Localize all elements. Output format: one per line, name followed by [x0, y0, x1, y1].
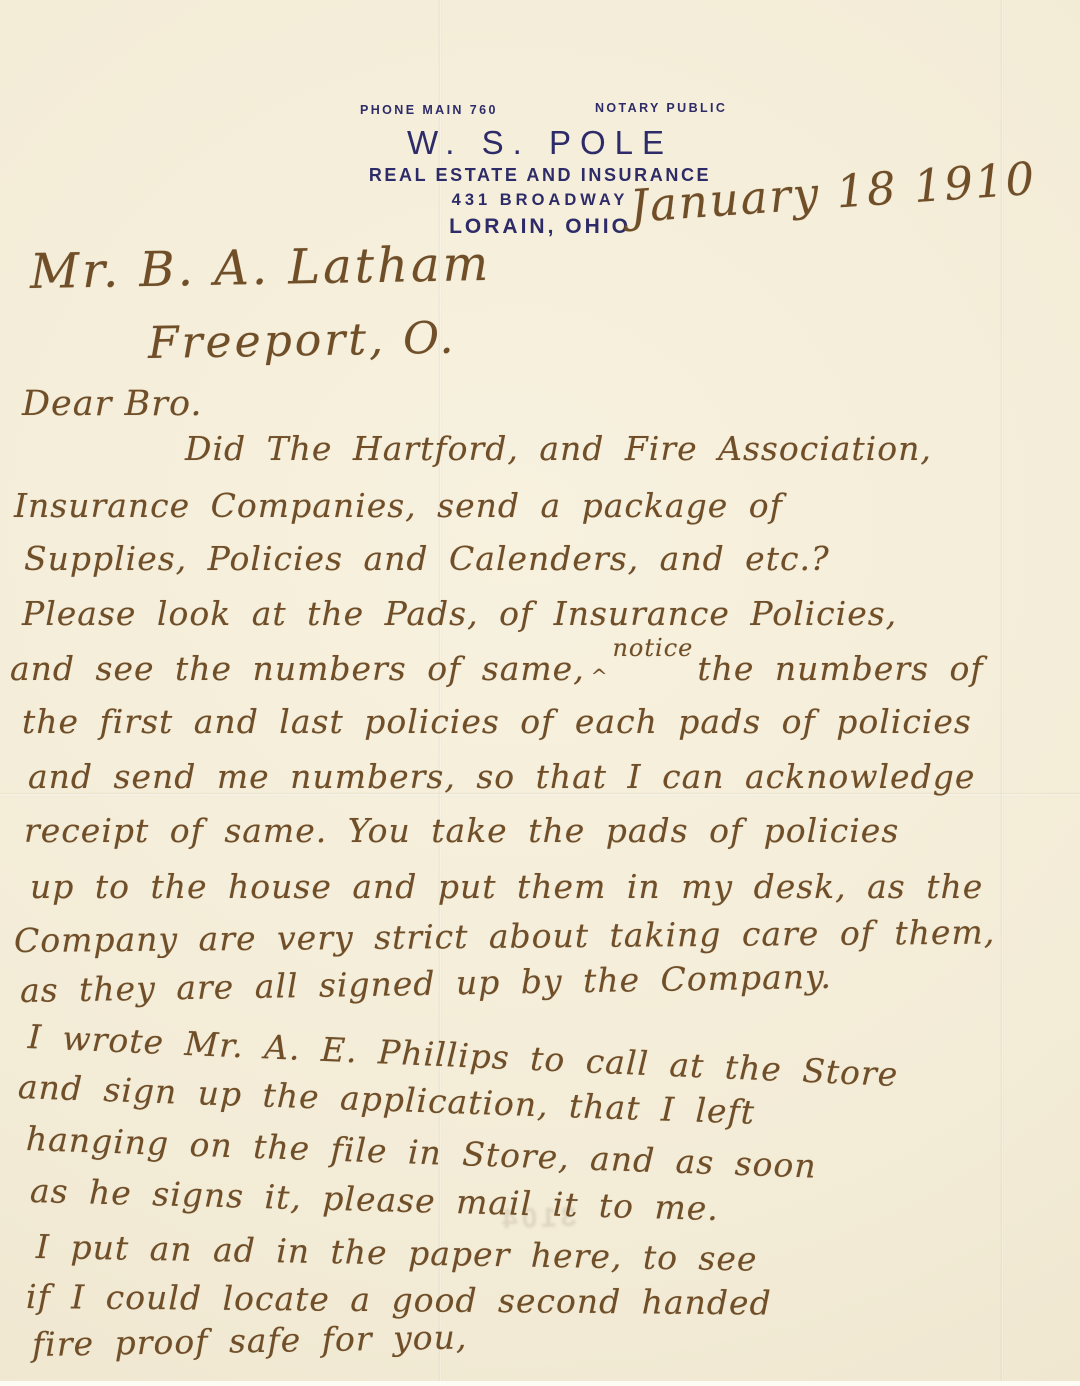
body-line: I put an ad in the paper here, to see	[36, 1228, 758, 1279]
body-line: Insurance Companies, send a package of	[14, 487, 783, 525]
body-line: if I could locate a good second handed	[26, 1278, 772, 1322]
body-line: as he signs it, please mail it to me.	[30, 1172, 720, 1228]
ghost-impression: 3104	[497, 1201, 576, 1236]
letterhead-phone: PHONE MAIN 760	[360, 103, 498, 117]
caret-mark: ^	[591, 664, 609, 688]
inserted-word: notice	[612, 634, 693, 662]
scan-edge	[0, 1381, 1080, 1386]
body-line-part: the numbers of	[697, 649, 983, 688]
vertical-fold-crease	[1000, 0, 1004, 1386]
recipient-place-line: Freeport, O.	[148, 313, 457, 369]
recipient-name-line: Mr. B. A. Latham	[30, 236, 492, 300]
body-line: the first and last policies of each pads…	[22, 703, 972, 741]
body-line: and send me numbers, so that I can ackno…	[28, 758, 975, 796]
letter-page: PHONE MAIN 760 NOTARY PUBLIC W. S. POLE …	[0, 0, 1080, 1386]
body-line: Company are very strict about taking car…	[14, 913, 996, 959]
body-line: Please look at the Pads, of Insurance Po…	[22, 595, 897, 633]
body-line: up to the house and put them in my desk,…	[30, 868, 983, 906]
salutation: Dear Bro.	[22, 384, 203, 424]
body-line-with-insertion: and see the numbers of same,^noticethe n…	[10, 650, 984, 688]
body-line: fire proof safe for you,	[32, 1318, 468, 1364]
body-line-part: and see the numbers of same,	[10, 649, 585, 688]
body-line: Supplies, Policies and Calenders, and et…	[24, 540, 830, 578]
letterhead-notary: NOTARY PUBLIC	[595, 101, 727, 115]
body-line: Did The Hartford, and Fire Association,	[185, 430, 932, 468]
letterhead-name: W. S. POLE	[340, 124, 740, 162]
body-line: as they are all signed up by the Company…	[20, 958, 832, 1010]
body-line: receipt of same. You take the pads of po…	[24, 812, 899, 850]
